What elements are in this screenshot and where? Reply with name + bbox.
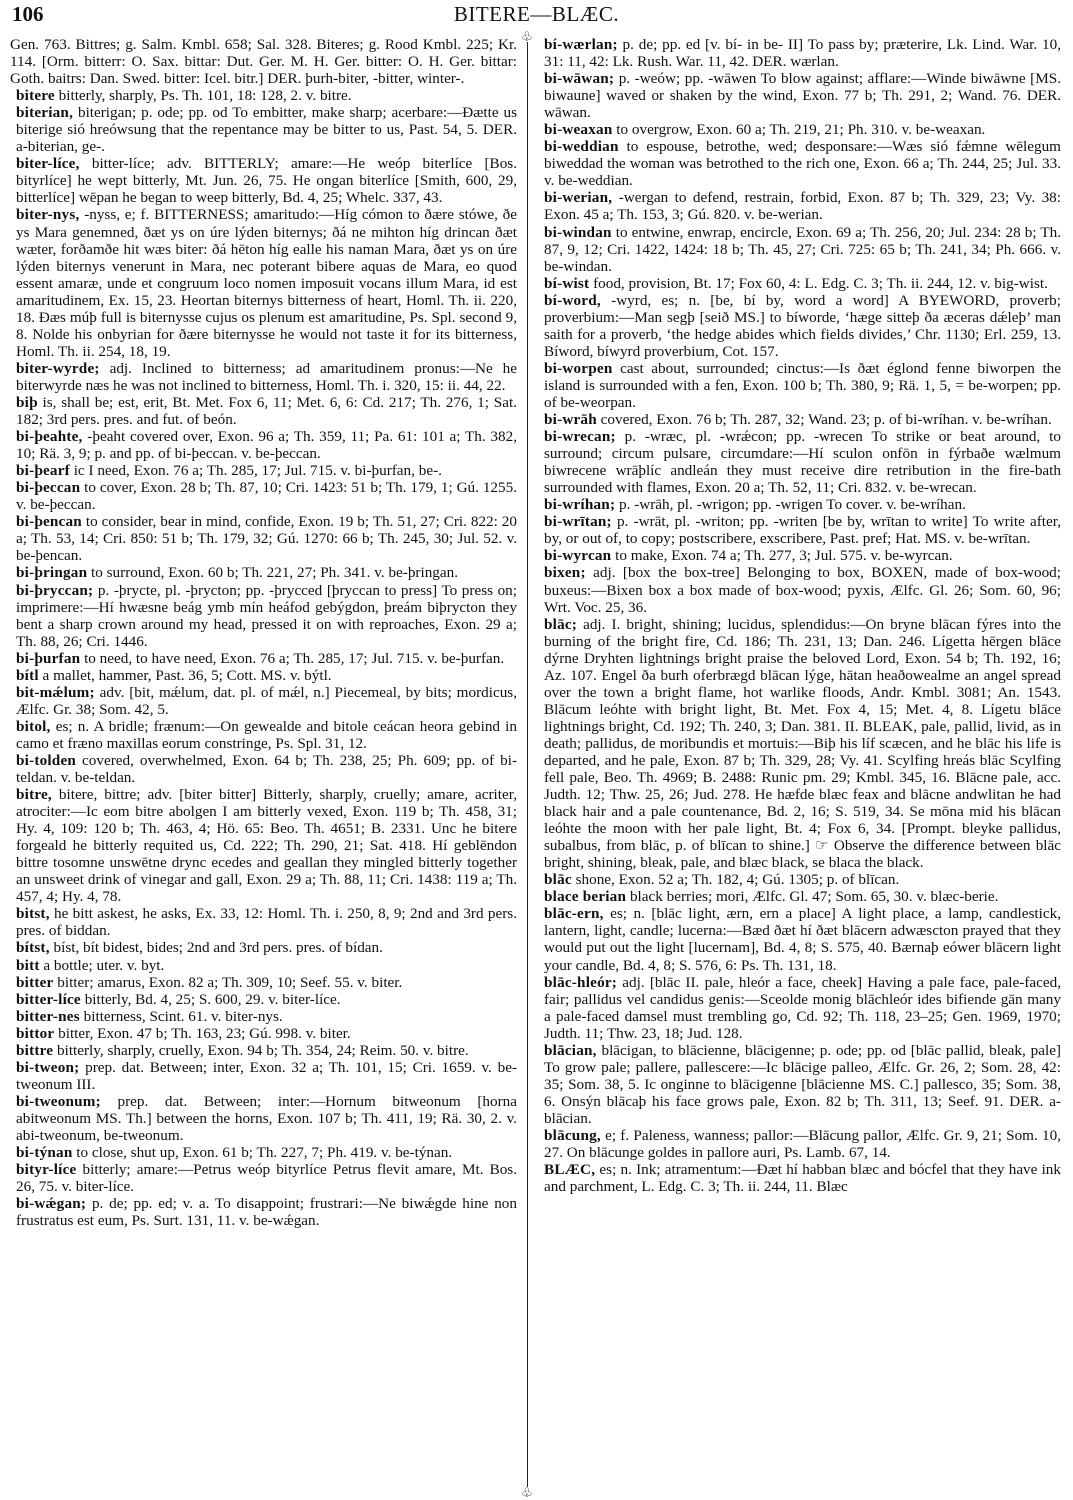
entry-headword: bitter-líce [16, 991, 81, 1008]
entry-headword: bi-werian, [544, 189, 612, 206]
entry-body: cast about, surrounded; cinctus:—Is ðæt … [544, 360, 1061, 411]
entry-headword: bi-þringan [16, 564, 87, 581]
dictionary-entry: bitt a bottle; uter. v. byt. [10, 957, 517, 974]
entry-headword: bí-word, [544, 292, 601, 309]
dictionary-entry: bi-wrecan; p. -wræc, pl. -wrǽcon; pp. -w… [538, 428, 1061, 496]
entry-headword: bi-þurfan [16, 650, 80, 667]
entry-body: is, shall be; est, erit, Bt. Met. Fox 6,… [16, 394, 517, 428]
entry-headword: blāc; [544, 616, 577, 633]
dictionary-entry: bi-þearf ic I need, Exon. 76 a; Th. 285,… [10, 462, 517, 479]
entry-body: to cover, Exon. 28 b; Th. 87, 10; Cri. 1… [16, 479, 517, 513]
entry-headword: bit-mǽlum; [16, 684, 95, 701]
entry-headword: bítl [16, 667, 39, 684]
dictionary-entry: bitter-líce bitterly, Bd. 4, 25; S. 600,… [10, 991, 517, 1008]
entry-body: bitterly, sharply, cruelly, Exon. 94 b; … [53, 1042, 468, 1059]
entry-headword: bi-wrecan; [544, 428, 616, 445]
dictionary-entry: bi-werian, -wergan to defend, restrain, … [538, 189, 1061, 223]
entry-body: food, provision, Bt. 17; Fox 60, 4: L. E… [589, 275, 1048, 292]
entry-body: p. -wræc, pl. -wrǽcon; pp. -wrecen To st… [544, 428, 1061, 496]
entry-headword: biþ [16, 394, 38, 411]
entry-body: to close, shut up, Exon. 61 b; Th. 227, … [72, 1144, 452, 1161]
entry-body: bitterly, Bd. 4, 25; S. 600, 29. v. bite… [81, 991, 341, 1008]
entry-body: black berries; mori, Ælfc. Gl. 47; Som. … [626, 888, 998, 905]
entry-headword: bí-wist [544, 275, 589, 292]
entry-body: -wyrd, es; n. [be, bí by, word a word] A… [544, 292, 1061, 360]
dictionary-entry: bi-tweon; prep. dat. Between; inter, Exo… [10, 1059, 517, 1093]
left-column: Gen. 763. Bittres; g. Salm. Kmbl. 658; S… [10, 36, 517, 1229]
entry-headword: biter-wyrde; [16, 360, 100, 377]
entry-headword: bi-wāwan; [544, 70, 614, 87]
entry-headword: bityr-líce [16, 1161, 76, 1178]
dictionary-entry: blāc shone, Exon. 52 a; Th. 182, 4; Gú. … [538, 871, 1061, 888]
entry-body: to need, to have need, Exon. 76 a; Th. 2… [80, 650, 504, 667]
dictionary-entry: bi-tolden covered, overwhelmed, Exon. 64… [10, 752, 517, 786]
entry-headword: bi-þearf [16, 462, 70, 479]
entry-body: bíst, bít bidest, bides; 2nd and 3rd per… [50, 939, 383, 956]
entry-headword: bi-wyrcan [544, 547, 611, 564]
dictionary-entry: bítst, bíst, bít bidest, bides; 2nd and … [10, 939, 517, 956]
dictionary-entry: BLÆC, es; n. Ink; atramentum:—Ðæt hí hab… [538, 1161, 1061, 1195]
entry-body: covered, Exon. 76 b; Th. 287, 32; Wand. … [597, 411, 1052, 428]
entry-headword: blācian, [544, 1042, 597, 1059]
entry-headword: bi-þryccan; [16, 582, 93, 599]
entry-headword: bixen; [544, 564, 586, 581]
entry-headword: bi-wrītan; [544, 513, 612, 530]
dictionary-entry: biterian, biterigan; p. ode; pp. od To e… [10, 104, 517, 155]
dictionary-entry: biter-wyrde; adj. Inclined to bitterness… [10, 360, 517, 394]
entry-headword: blāc [544, 871, 572, 888]
dictionary-entry: biter-nys, -nyss, e; f. BITTERNESS; amar… [10, 206, 517, 359]
dictionary-entry: bi-þencan to consider, bear in mind, con… [10, 513, 517, 564]
entry-body: adj. I. bright, shining; lucidus, splend… [544, 616, 1061, 872]
entry-headword: blace berian [544, 888, 626, 905]
entry-headword: blāc-ern, [544, 905, 604, 922]
entry-body: p. de; pp. ed; v. a. To disappoint; frus… [16, 1195, 517, 1229]
entry-headword: biter-nys, [16, 206, 79, 223]
dictionary-entry: bitter bitter; amarus, Exon. 82 a; Th. 3… [10, 974, 517, 991]
entry-headword: bitter-nes [16, 1008, 80, 1025]
entry-body: biterigan; p. ode; pp. od To embitter, m… [16, 104, 517, 155]
column-ornament-bottom-icon: ♧ [521, 1486, 533, 1499]
entry-body: a bottle; uter. v. byt. [40, 957, 165, 974]
dictionary-entry: bitter-nes bitterness, Scint. 61. v. bit… [10, 1008, 517, 1025]
entry-body: -þeaht covered over, Exon. 96 a; Th. 359… [16, 428, 517, 462]
dictionary-entry: bi-weaxan to overgrow, Exon. 60 a; Th. 2… [538, 121, 1061, 138]
entry-body: to espouse, betrothe, wed; desponsare:—W… [544, 138, 1061, 189]
entry-body: bitter; amarus, Exon. 82 a; Th. 309, 10;… [53, 974, 402, 991]
dictionary-entry: bitere bitterly, sharply, Ps. Th. 101, 1… [10, 87, 517, 104]
entry-body: bitter, Exon. 47 b; Th. 163, 23; Gú. 998… [54, 1025, 350, 1042]
dictionary-entry: bi-þringan to surround, Exon. 60 b; Th. … [10, 564, 517, 581]
entry-body: -wergan to defend, restrain, forbid, Exo… [544, 189, 1061, 223]
entry-headword: bi-wǽgan; [16, 1195, 86, 1212]
dictionary-entry: bixen; adj. [box the box-tree] Belonging… [538, 564, 1061, 615]
entry-headword: biterian, [16, 104, 73, 121]
entry-body: to surround, Exon. 60 b; Th. 221, 27; Ph… [87, 564, 458, 581]
dictionary-entry: bittre bitterly, sharply, cruelly, Exon.… [10, 1042, 517, 1059]
entry-body: he bitt askest, he asks, Ex. 33, 12: Hom… [16, 905, 517, 939]
entry-headword: bi-wrāh [544, 411, 597, 428]
dictionary-entry: blāc-ern, es; n. [blāc light, ærn, ern a… [538, 905, 1061, 973]
entry-headword: bittor [16, 1025, 54, 1042]
dictionary-entry: bi-týnan to close, shut up, Exon. 61 b; … [10, 1144, 517, 1161]
entry-body: bitterness, Scint. 61. v. biter-nys. [80, 1008, 283, 1025]
entry-headword: bi-þeahte, [16, 428, 83, 445]
entry-headword: bitre, [16, 786, 52, 803]
dictionary-entry: bit-mǽlum; adv. [bit, mǽlum, dat. pl. of… [10, 684, 517, 718]
dictionary-entry: bi-wrāh covered, Exon. 76 b; Th. 287, 32… [538, 411, 1061, 428]
dictionary-entry: bi-tweonum; prep. dat. Between; inter:—H… [10, 1093, 517, 1144]
dictionary-entry: Gen. 763. Bittres; g. Salm. Kmbl. 658; S… [10, 36, 517, 87]
dictionary-entry: bi-þurfan to need, to have need, Exon. 7… [10, 650, 517, 667]
entry-headword: bitter [16, 974, 53, 991]
dictionary-entry: bi-weddian to espouse, betrothe, wed; de… [538, 138, 1061, 189]
entry-body: bitere, bittre; adv. [biter bitter] Bitt… [16, 786, 517, 905]
dictionary-entry: bi-wríhan; p. -wrāh, pl. -wrigon; pp. -w… [538, 496, 1061, 513]
dictionary-entry: blāc-hleór; adj. [blāc II. pale, hleór a… [538, 974, 1061, 1042]
dictionary-entry: bí-wist food, provision, Bt. 17; Fox 60,… [538, 275, 1061, 292]
entry-body: adj. [blāc II. pale, hleór a face, cheek… [544, 974, 1061, 1042]
dictionary-entry: bi-wāwan; p. -weów; pp. -wāwen To blow a… [538, 70, 1061, 121]
dictionary-entry: bi-þeccan to cover, Exon. 28 b; Th. 87, … [10, 479, 517, 513]
entry-headword: bi-wríhan; [544, 496, 615, 513]
entry-headword: bítst, [16, 939, 50, 956]
dictionary-entry: bitol, es; n. A bridle; frænum:—On gewea… [10, 718, 517, 752]
entry-body: -nyss, e; f. BITTERNESS; amaritudo:—Híg … [16, 206, 517, 359]
entry-body: blācigan, to blācienne, blācigenne; p. o… [544, 1042, 1061, 1127]
entry-body: shone, Exon. 52 a; Th. 182, 4; Gú. 1305;… [572, 871, 899, 888]
entry-headword: BLÆC, [544, 1161, 595, 1178]
dictionary-entry: blācian, blācigan, to blācienne, blācige… [538, 1042, 1061, 1127]
dictionary-entry: bi-windan to entwine, enwrap, encircle, … [538, 224, 1061, 275]
right-column: bí-wærlan; p. de; pp. ed [v. bí- in be- … [538, 36, 1061, 1195]
entry-body: prep. dat. Between; inter, Exon. 32 a; T… [16, 1059, 517, 1093]
entry-headword: bi-tweonum; [16, 1093, 101, 1110]
entry-body: p. -wrāt, pl. -writon; pp. -writen [be b… [544, 513, 1061, 547]
dictionary-entry: blācung, e; f. Paleness, wanness; pallor… [538, 1127, 1061, 1161]
dictionary-entry: bitst, he bitt askest, he asks, Ex. 33, … [10, 905, 517, 939]
entry-body: adj. [box the box-tree] Belonging to box… [544, 564, 1061, 615]
entry-headword: biter-líce, [16, 155, 80, 172]
dictionary-entry: bitre, bitere, bittre; adv. [biter bitte… [10, 786, 517, 905]
dictionary-entry: bí-word, -wyrd, es; n. [be, bí by, word … [538, 292, 1061, 360]
entry-body: to consider, bear in mind, confide, Exon… [16, 513, 517, 564]
entry-body: covered, overwhelmed, Exon. 64 b; Th. 23… [16, 752, 517, 786]
entry-headword: bi-weaxan [544, 121, 612, 138]
entry-body: es; n. [blāc light, ærn, ern a place] A … [544, 905, 1061, 973]
entry-body: p. -weów; pp. -wāwen To blow against; af… [544, 70, 1061, 121]
running-head: BITERE—BLÆC. [12, 2, 1061, 27]
entry-body: to overgrow, Exon. 60 a; Th. 219, 21; Ph… [612, 121, 985, 138]
dictionary-entry: bi-þeahte, -þeaht covered over, Exon. 96… [10, 428, 517, 462]
entry-body: a mallet, hammer, Past. 36, 5; Cott. MS.… [39, 667, 332, 684]
entry-headword: blācung, [544, 1127, 601, 1144]
entry-body: bitter-líce; adv. BITTERLY; amare:—He we… [16, 155, 517, 206]
entry-body: to make, Exon. 74 a; Th. 277, 3; Jul. 57… [611, 547, 952, 564]
entry-headword: bitere [16, 87, 55, 104]
entry-body: to entwine, enwrap, encircle, Exon. 69 a… [544, 224, 1061, 275]
entry-headword: bi-tolden [16, 752, 76, 769]
entry-body: p. -wrāh, pl. -wrigon; pp. -wrigen To co… [615, 496, 966, 513]
entry-headword: blāc-hleór; [544, 974, 617, 991]
entry-headword: bitol, [16, 718, 51, 735]
dictionary-entry: bí-wærlan; p. de; pp. ed [v. bí- in be- … [538, 36, 1061, 70]
dictionary-entry: bityr-líce bitterly; amare:—Petrus weóp … [10, 1161, 517, 1195]
entry-body: e; f. Paleness, wanness; pallor:—Blācung… [544, 1127, 1061, 1161]
page-header: 106 BITERE—BLÆC. [12, 2, 1061, 32]
dictionary-entry: bítl a mallet, hammer, Past. 36, 5; Cott… [10, 667, 517, 684]
dictionary-entry: blāc; adj. I. bright, shining; lucidus, … [538, 616, 1061, 872]
dictionary-entry: biter-líce, bitter-líce; adv. BITTERLY; … [10, 155, 517, 206]
dictionary-entry: bittor bitter, Exon. 47 b; Th. 163, 23; … [10, 1025, 517, 1042]
entry-body: bitterly, sharply, Ps. Th. 101, 18: 128,… [55, 87, 352, 104]
entry-headword: bi-týnan [16, 1144, 72, 1161]
entry-body: ic I need, Exon. 76 a; Th. 285, 17; Jul.… [70, 462, 442, 479]
entry-body: bitterly; amare:—Petrus weóp bityrlíce P… [16, 1161, 517, 1195]
entry-headword: bi-windan [544, 224, 612, 241]
dictionary-entry: bi-wǽgan; p. de; pp. ed; v. a. To disapp… [10, 1195, 517, 1229]
dictionary-entry: bi-wyrcan to make, Exon. 74 a; Th. 277, … [538, 547, 1061, 564]
dictionary-entry: biþ is, shall be; est, erit, Bt. Met. Fo… [10, 394, 517, 428]
entry-headword: bitt [16, 957, 40, 974]
dictionary-entry: bi-þryccan; p. -þrycte, pl. -þrycton; pp… [10, 582, 517, 650]
entry-headword: bitst, [16, 905, 50, 922]
dictionary-entry: blace berian black berries; mori, Ælfc. … [538, 888, 1061, 905]
entry-headword: bi-weddian [544, 138, 619, 155]
dictionary-entry: bi-wrītan; p. -wrāt, pl. -writon; pp. -w… [538, 513, 1061, 547]
entry-body: es; n. Ink; atramentum:—Ðæt hí habban bl… [544, 1161, 1061, 1195]
entry-headword: bi-þencan [16, 513, 82, 530]
entry-headword: bi-þeccan [16, 479, 80, 496]
column-divider [527, 42, 528, 1487]
entry-body: Gen. 763. Bittres; g. Salm. Kmbl. 658; S… [10, 36, 517, 87]
entry-body: p. de; pp. ed [v. bí- in be- II] To pass… [544, 36, 1061, 70]
entry-headword: bittre [16, 1042, 53, 1059]
dictionary-entry: bi-worpen cast about, surrounded; cinctu… [538, 360, 1061, 411]
entry-headword: bi-worpen [544, 360, 612, 377]
entry-body: es; n. A bridle; frænum:—On gewealde and… [16, 718, 517, 752]
entry-headword: bi-tweon; [16, 1059, 79, 1076]
entry-headword: bí-wærlan; [544, 36, 618, 53]
